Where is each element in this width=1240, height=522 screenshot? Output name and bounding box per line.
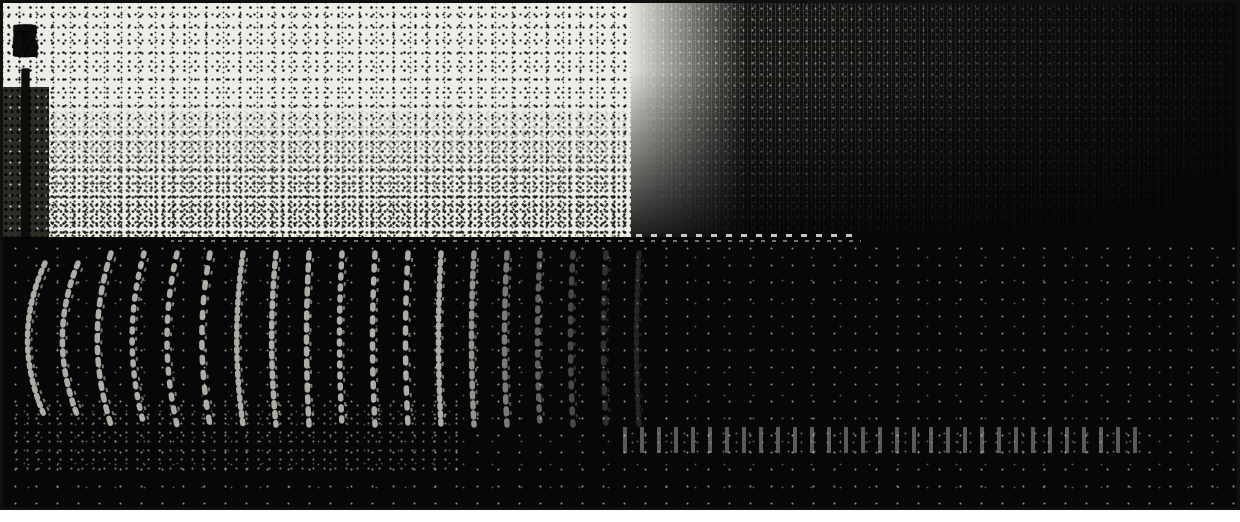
coil-top-dashed-edge [171,232,861,244]
dark-right-noise-region [631,3,1237,245]
marker-7: 7 [3,21,47,237]
bottom-left-speckle [11,401,461,473]
figure-canvas: 1 2 3 4 5 6 7 [0,0,1240,522]
light-speckled-background [3,3,703,249]
marker-7-pointer-line [22,69,29,237]
marker-7-label: 7 [10,21,39,63]
bottom-right-dash-row [623,427,1143,453]
halftone-photograph: 1 2 3 4 5 6 7 [0,0,1240,510]
